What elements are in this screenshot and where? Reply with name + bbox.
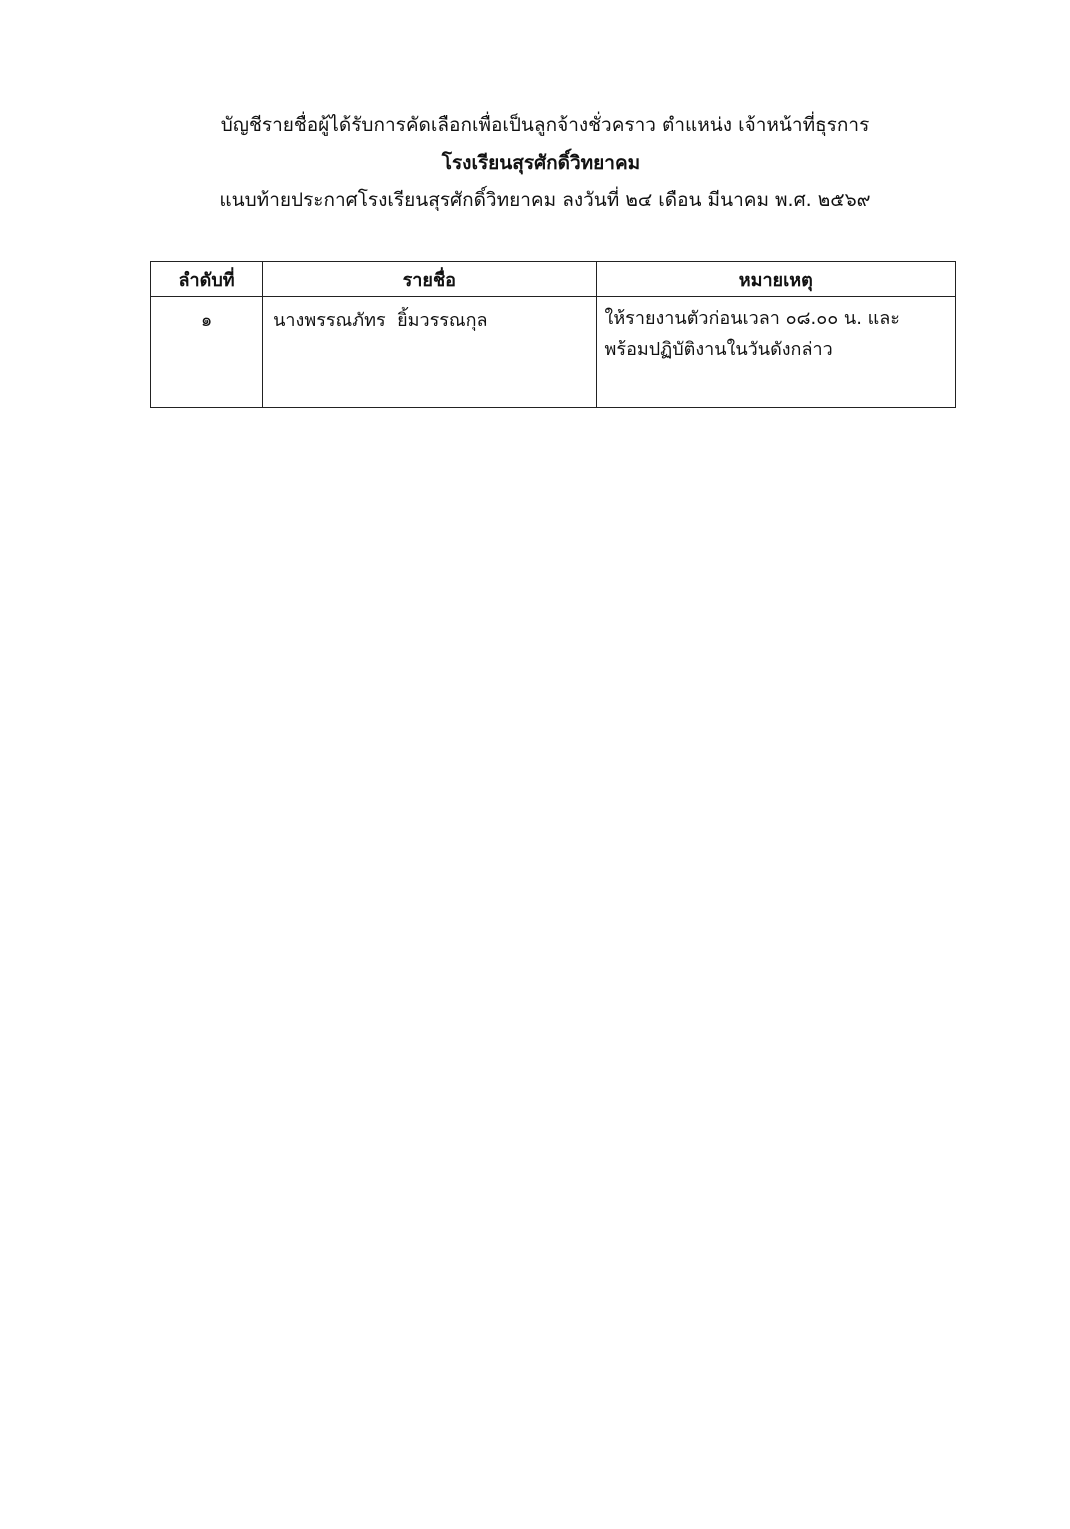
- remark-line: ให้รายงานตัวก่อนเวลา ๐๘.๐๐ น. และ: [605, 303, 955, 334]
- cell-name: นางพรรณภัทร ยิ้มวรรณกุล: [263, 297, 596, 408]
- column-header-name: รายชื่อ: [263, 262, 596, 297]
- column-header-remark: หมายเหตุ: [596, 262, 955, 297]
- table-row: ๑ นางพรรณภัทร ยิ้มวรรณกุล ให้รายงานตัวก่…: [151, 297, 956, 408]
- remark-line: พร้อมปฏิบัติงานในวันดังกล่าว: [605, 334, 955, 365]
- document-title: บัญชีรายชื่อผู้ได้รับการคัดเลือกเพื่อเป็…: [10, 113, 1070, 137]
- column-header-order: ลำดับที่: [151, 262, 263, 297]
- table-header-row: ลำดับที่ รายชื่อ หมายเหตุ: [151, 262, 956, 297]
- cell-order: ๑: [151, 297, 263, 408]
- announcement-reference: แนบท้ายประกาศโรงเรียนสุรศักดิ์วิทยาคม ลง…: [10, 188, 1070, 212]
- selected-candidates-table: ลำดับที่ รายชื่อ หมายเหตุ ๑ นางพรรณภัทร …: [150, 261, 956, 408]
- cell-remark: ให้รายงานตัวก่อนเวลา ๐๘.๐๐ น. และ พร้อมป…: [596, 297, 955, 408]
- school-name: โรงเรียนสุรศักดิ์วิทยาคม: [6, 151, 1070, 175]
